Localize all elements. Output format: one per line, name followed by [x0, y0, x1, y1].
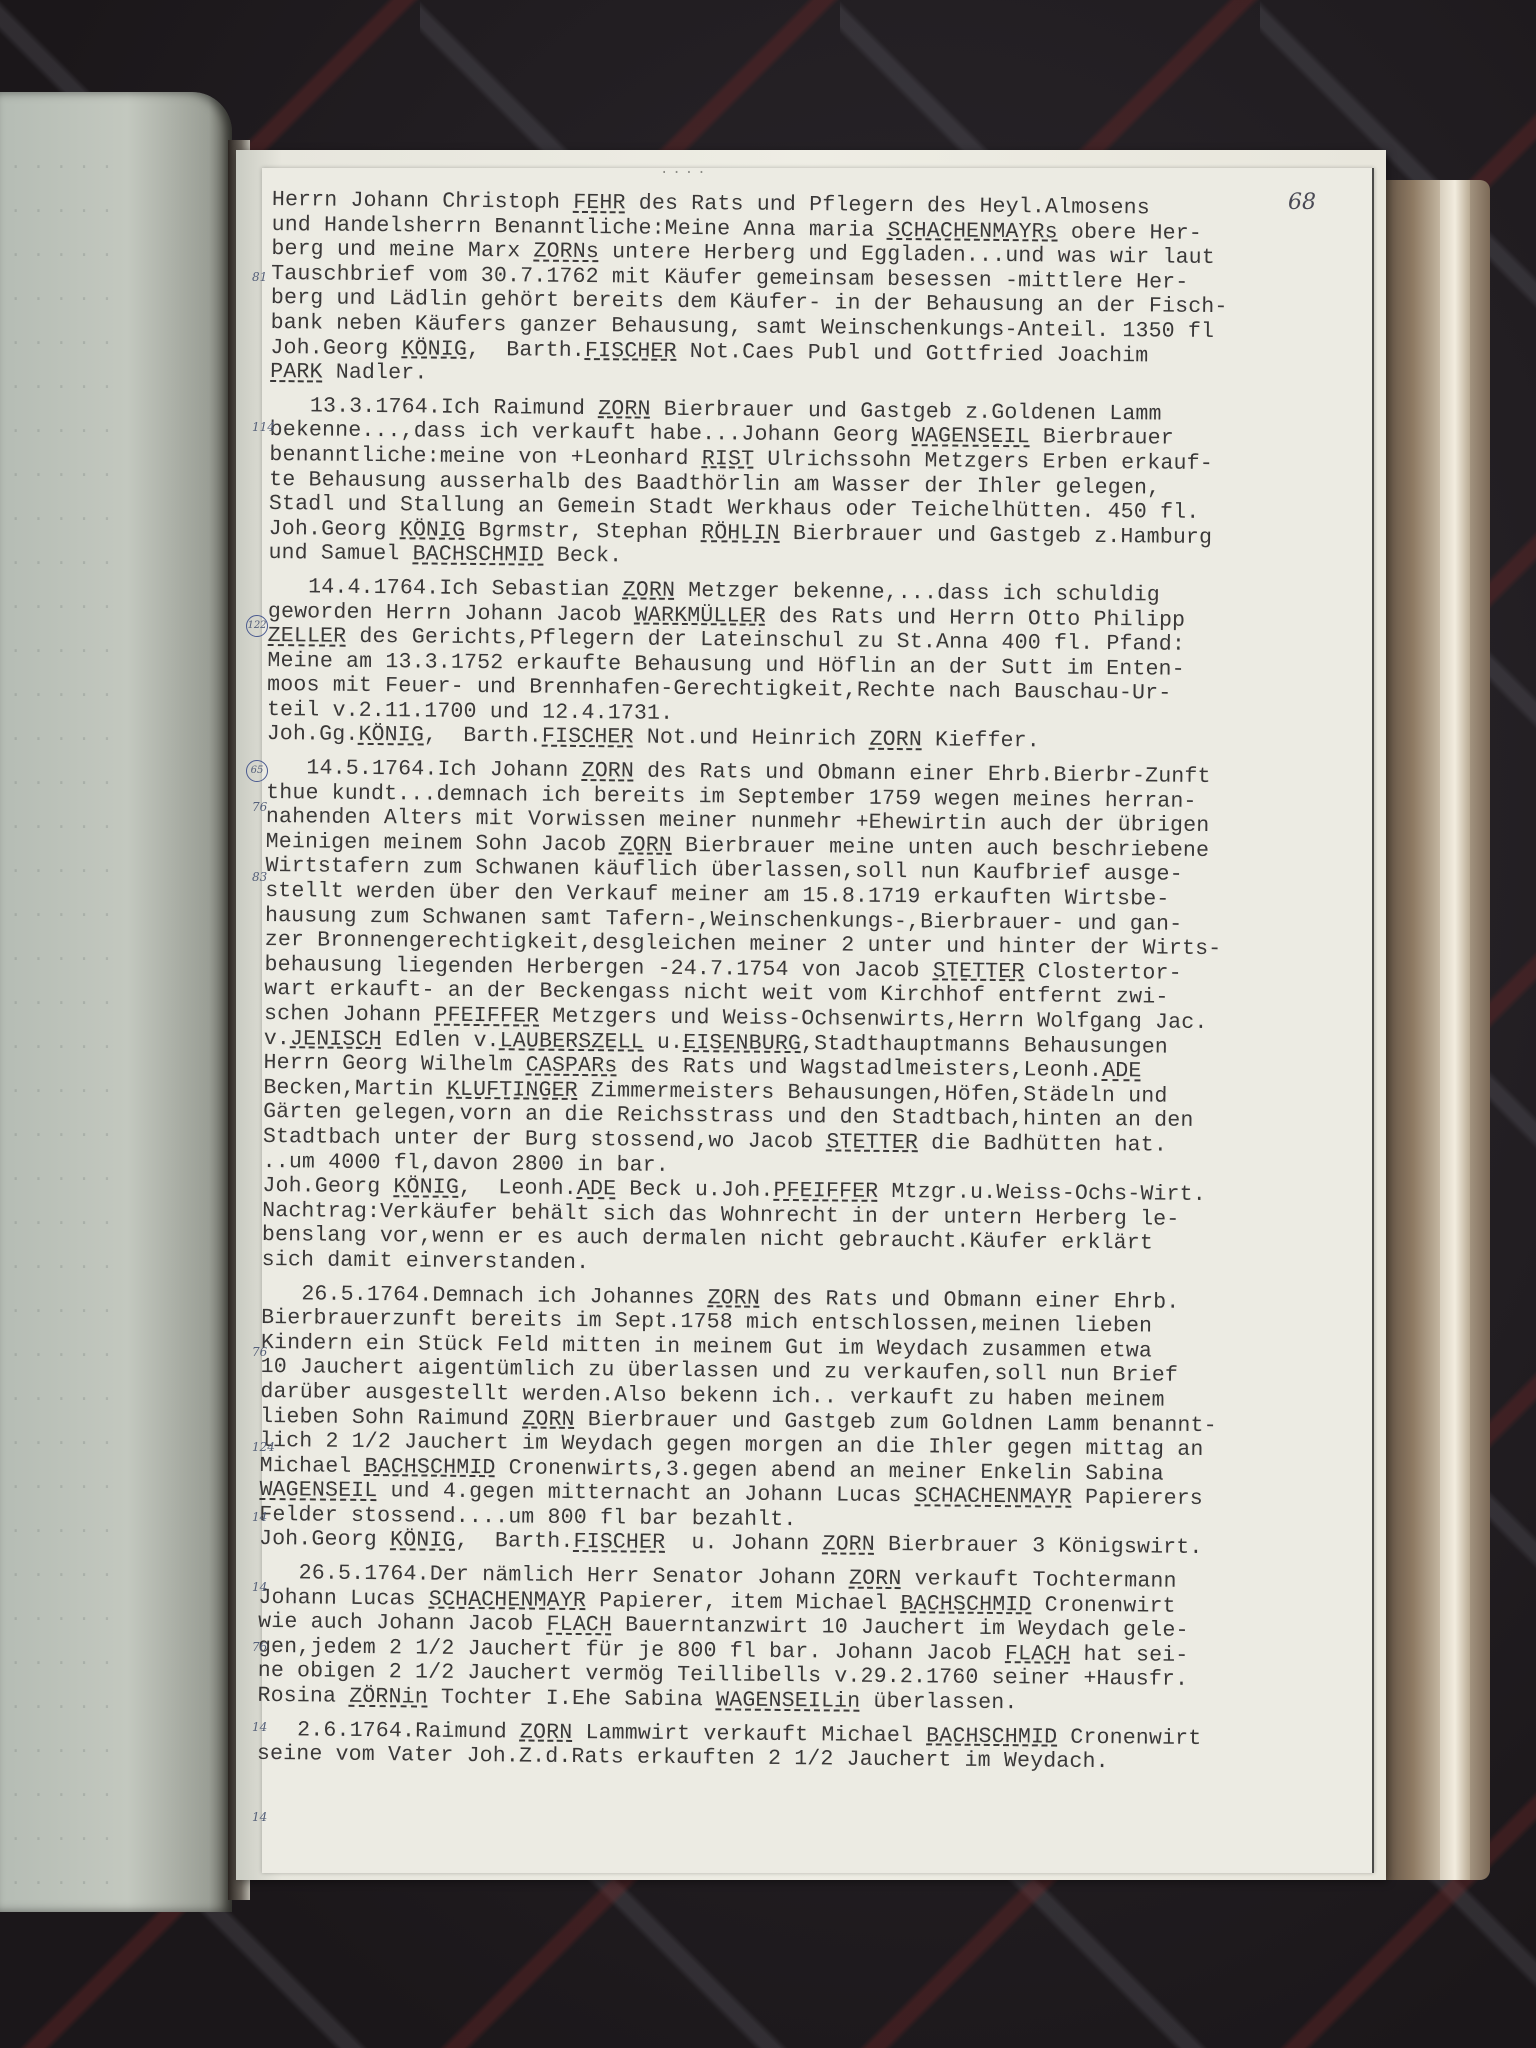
bleed-through-text: . . . . . — [10, 1736, 113, 1758]
bleed-through-text: . . . . . — [10, 680, 113, 702]
deed-entry: 26.5.1764.Der nämlich Herr Senator Johan… — [257, 1561, 1358, 1719]
bleed-through-text: . . . . . — [10, 1032, 113, 1054]
bleed-through-text: . . . . . — [10, 1296, 113, 1318]
bleed-through-text: . . . . . — [10, 1868, 113, 1890]
bleed-through-text: . . . . . — [10, 636, 113, 658]
bleed-through-text: . . . . . — [10, 1120, 113, 1142]
bleed-through-text: . . . . . — [10, 1648, 113, 1670]
bleed-through-text: . . . . . — [10, 944, 113, 966]
bleed-through-text: . . . . . — [10, 1604, 113, 1626]
margin-note: 122 — [246, 615, 268, 637]
bleed-through-text: . . . . . — [10, 1824, 113, 1846]
bleed-through-text: . . . . . — [10, 372, 113, 394]
margin-note: 14 — [252, 1810, 267, 1824]
bleed-through-text: . . . . . — [10, 1252, 113, 1274]
bleed-through-text: . . . . . — [10, 768, 113, 790]
bleed-through-text: . . . . . — [10, 196, 113, 218]
bleed-through-text: . . . . . — [10, 328, 113, 350]
bleed-through-text: . . . . . — [10, 592, 113, 614]
deed-entry: 2.6.1764.Raimund ZORN Lammwirt verkauft … — [257, 1718, 1357, 1778]
deed-entry: 13.3.1764.Ich Raimund ZORN Bierbrauer un… — [268, 394, 1370, 577]
margin-note: 81 — [252, 270, 267, 284]
margin-note: 14 — [252, 1510, 267, 1524]
bleed-through-text: . . . . . — [10, 152, 113, 174]
bleed-through-text: . . . . . — [10, 1384, 113, 1406]
margin-note: 14 — [252, 1580, 267, 1594]
deed-entry: 14.5.1764.Ich Johann ZORN des Rats und O… — [262, 756, 1367, 1283]
margin-note: 14 — [252, 1720, 267, 1734]
margin-note: 83 — [252, 870, 267, 884]
bleed-through-text: . . . . . — [10, 548, 113, 570]
margin-note: 65 — [246, 760, 268, 782]
bleed-through-text: . . . . . — [10, 416, 113, 438]
bleed-through-text: . . . . . — [10, 1208, 113, 1230]
bleed-through-text: . . . . . — [10, 504, 113, 526]
book-page-edges — [1380, 180, 1490, 1880]
deed-entry: 26.5.1764.Demnach ich Johannes ZORN des … — [259, 1281, 1362, 1562]
deed-entry: 14.4.1764.Ich Sebastian ZORN Metzger bek… — [267, 575, 1369, 758]
margin-note: 114 — [252, 420, 275, 434]
margin-note: 76 — [252, 800, 267, 814]
bleed-through-text: . . . . . — [10, 1076, 113, 1098]
bleed-through-text: . . . . . — [10, 240, 113, 262]
bleed-through-text: . . . . . — [10, 1780, 113, 1802]
top-marks: .... — [660, 162, 710, 178]
left-page: . . . . .. . . . .. . . . .. . . . .. . … — [0, 92, 232, 1912]
bleed-through-text: . . . . . — [10, 1472, 113, 1494]
bleed-through-text: . . . . . — [10, 1692, 113, 1714]
bleed-through-text: . . . . . — [10, 1560, 113, 1582]
bleed-through-text: . . . . . — [10, 1428, 113, 1450]
deed-entry: Herrn Johann Christoph FEHR des Rats und… — [270, 188, 1372, 395]
margin-note: 124 — [252, 1440, 275, 1454]
bleed-through-text: . . . . . — [10, 812, 113, 834]
bleed-through-text: . . . . . — [10, 900, 113, 922]
bleed-through-text: . . . . . — [10, 1164, 113, 1186]
bleed-through-text: . . . . . — [10, 856, 113, 878]
bleed-through-text: . . . . . — [10, 724, 113, 746]
bleed-through-text: . . . . . — [10, 460, 113, 482]
bleed-through-text: . . . . . — [10, 1516, 113, 1538]
bleed-through-text: . . . . . — [10, 284, 113, 306]
margin-note: 76 — [252, 1640, 267, 1654]
bleed-through-text: . . . . . — [10, 1340, 113, 1362]
bleed-through-text: . . . . . — [10, 988, 113, 1010]
document-body: Herrn Johann Christoph FEHR des Rats und… — [257, 188, 1372, 1777]
margin-note: 76 — [252, 1345, 267, 1359]
